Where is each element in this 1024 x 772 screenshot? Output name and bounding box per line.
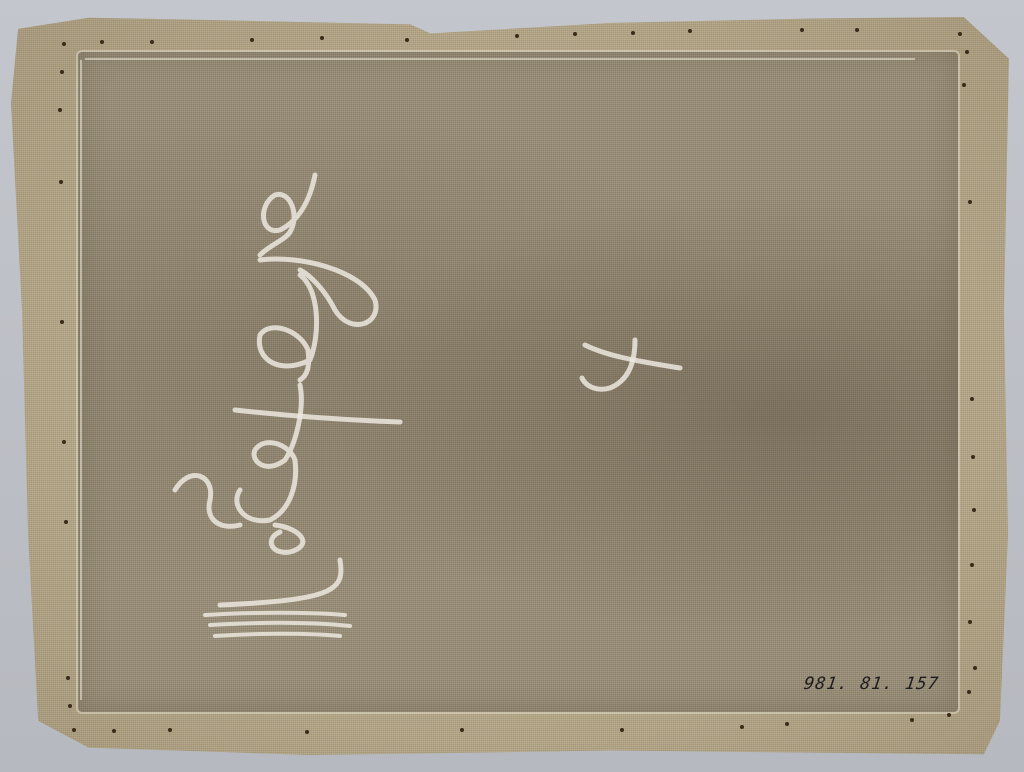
stretcher-line-left xyxy=(80,60,82,700)
stretcher-line-top xyxy=(85,58,915,60)
chalk-number-4: 4 xyxy=(540,320,720,420)
inventory-number: 981. 81. 157 xyxy=(803,674,941,694)
chalk-signature: M Lafage xyxy=(160,160,420,660)
